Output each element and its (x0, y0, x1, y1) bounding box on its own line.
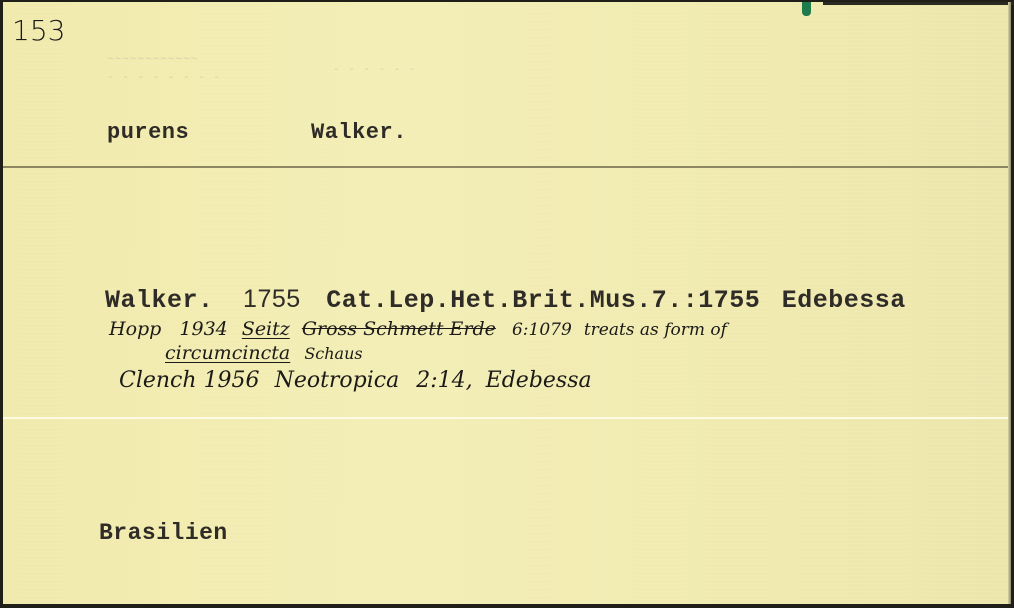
annotation-year: 1956 (204, 368, 260, 393)
annotation-remark: treats as form of (584, 320, 727, 340)
annotation-year: 1934 (179, 318, 227, 340)
citation-reference: Cat.Lep.Het.Brit.Mus.7.:1755 (326, 286, 760, 315)
annotation-work: Neotropica (275, 368, 400, 393)
annotation-author: Hopp (109, 318, 161, 340)
annotation-page: 6:1079 (512, 320, 572, 340)
ruled-line (3, 166, 1011, 168)
citation-author: Walker. (105, 286, 214, 315)
locality: Brasilien (99, 520, 228, 546)
card-top-shadow (823, 2, 1014, 5)
annotation-line-2: circumcincta Schaus (165, 342, 363, 364)
citation-genus: Edebessa (782, 286, 906, 315)
card-number: 153 (12, 14, 65, 47)
green-tab-marker (802, 2, 811, 16)
citation-year: 1755 (243, 285, 301, 313)
faded-print-mark: ~~~~~~~~~~~~ (107, 54, 198, 66)
card-edge (1008, 2, 1011, 604)
annotation-genus: Edebessa (486, 368, 592, 393)
annotation-line-3: Clench 1956 Neotropica 2:14, Edebessa (119, 368, 592, 393)
index-card: ~~~~~~~~~~~~ - - - - - - - - - - - - - -… (3, 2, 1011, 604)
annotation-taxon: circumcincta (165, 342, 290, 364)
citation-line: Walker. 1755 Cat.Lep.Het.Brit.Mus.7.:175… (105, 285, 906, 315)
annotation-work: Gross Schmett Erde (302, 318, 496, 340)
annotation-author: Clench (119, 368, 197, 393)
annotation-work-seitz: Seitz (242, 318, 290, 340)
species-name: purens (107, 120, 189, 145)
ruled-line (3, 417, 1011, 419)
faded-print-mark: - - - - - - (333, 64, 417, 76)
annotation-page: 2:14, (416, 368, 472, 393)
species-author: Walker. (311, 120, 407, 145)
faded-print-mark: - - - - - - - - (107, 72, 221, 84)
annotation-line-1: Hopp 1934 Seitz Gross Schmett Erde 6:107… (109, 318, 727, 340)
annotation-taxon-author: Schaus (304, 344, 362, 363)
